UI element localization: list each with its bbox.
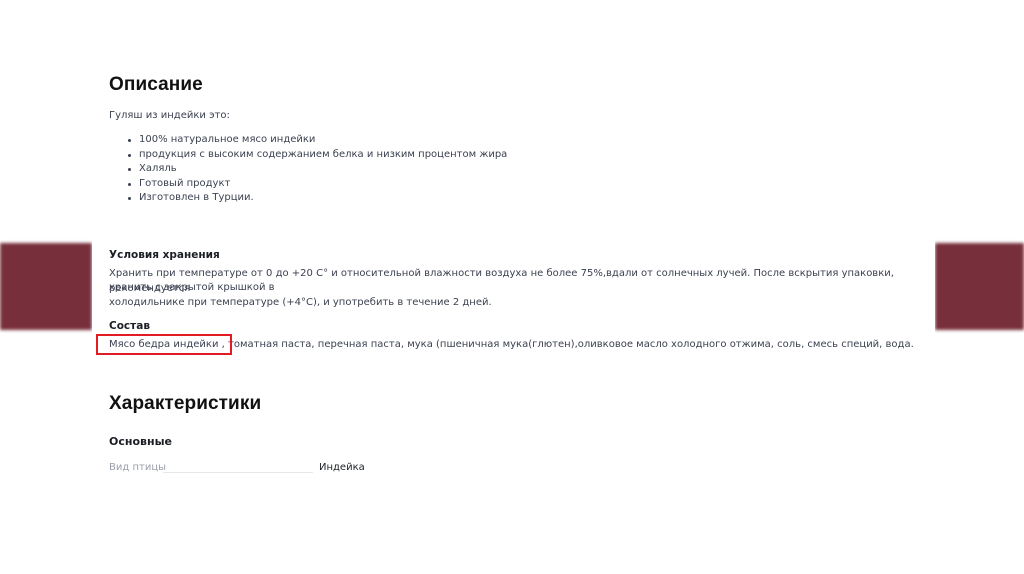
characteristics-group-title: Основные <box>109 435 172 448</box>
highlight-annotation-box <box>96 334 232 355</box>
composition-text: Мясо бедра индейки , томатная паста, пер… <box>109 338 939 353</box>
characteristic-row: Вид птицы Индейка <box>109 462 369 476</box>
list-item: 100% натуральное мясо индейки <box>139 133 507 148</box>
list-item: Изготовлен в Турции. <box>139 191 507 206</box>
dotted-separator <box>163 472 313 473</box>
list-item: Готовый продукт <box>139 177 507 192</box>
description-title: Описание <box>109 74 203 96</box>
description-intro: Гуляш из индейки это: <box>109 110 230 121</box>
list-item: Халяль <box>139 162 507 177</box>
characteristics-title: Характеристики <box>109 393 261 415</box>
list-item: продукция с высоким содержанием белка и … <box>139 148 507 163</box>
storage-title: Условия хранения <box>109 249 220 261</box>
decorative-band-right <box>935 243 1024 330</box>
storage-line-3: холодильнике при температуре (+4°С), и у… <box>109 296 939 311</box>
composition-title: Состав <box>109 320 150 332</box>
decorative-band-left <box>0 243 92 330</box>
storage-line-2: хранить с закрытой крышкой в <box>109 281 939 296</box>
characteristic-value: Индейка <box>319 462 365 473</box>
features-list: 100% натуральное мясо индейки продукция … <box>109 133 507 206</box>
characteristic-label: Вид птицы <box>109 462 166 473</box>
